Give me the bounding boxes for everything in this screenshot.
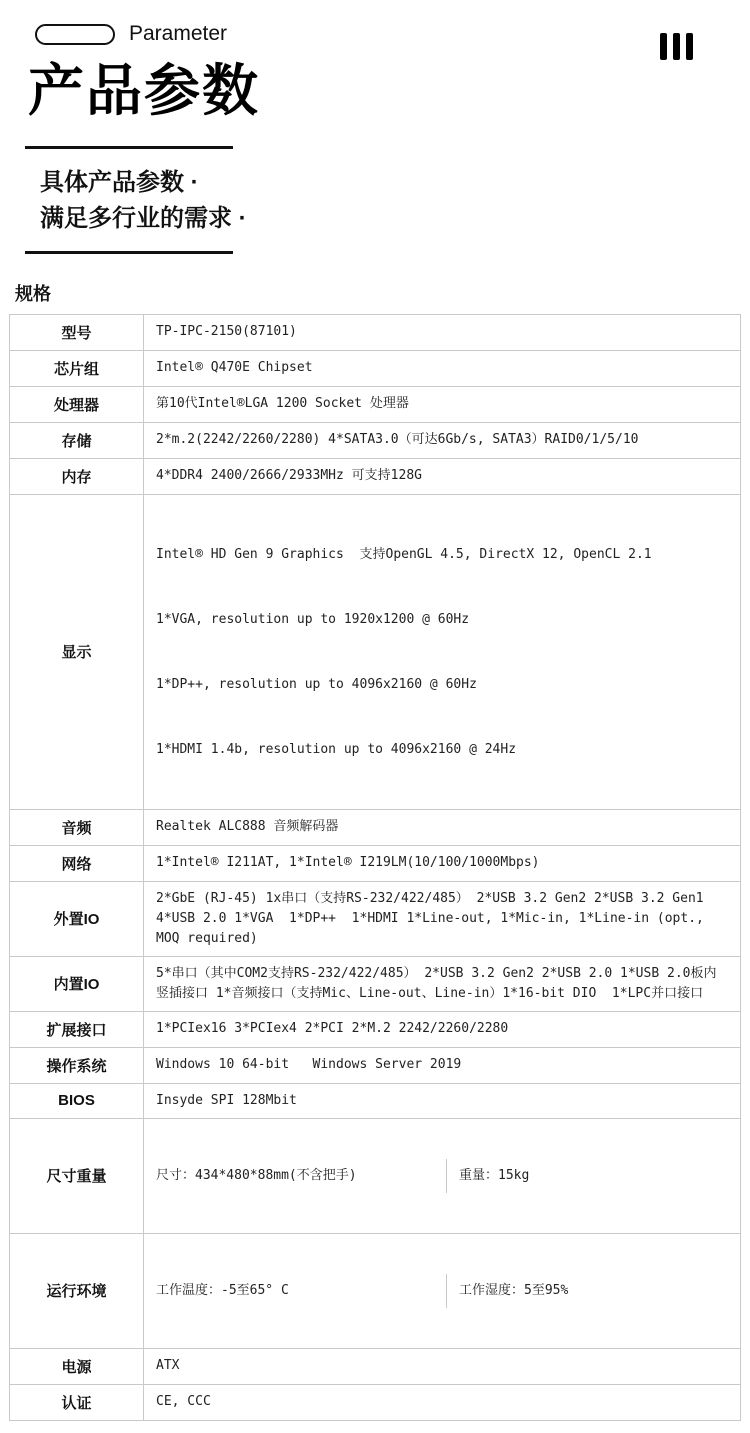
- parameter-tag-label: Parameter: [129, 22, 227, 46]
- row-value: 2*GbE (RJ-45) 1x串口（支持RS-232/422/485） 2*U…: [144, 881, 741, 956]
- row-value: 1*PCIex16 3*PCIex4 2*PCI 2*M.2 2242/2260…: [144, 1011, 741, 1047]
- row-label: BIOS: [10, 1083, 144, 1118]
- row-value-split: 工作温度：-5至65° C 工作湿度：5至95%: [144, 1233, 741, 1348]
- table-row: 存储 2*m.2(2242/2260/2280) 4*SATA3.0（可达6Gb…: [10, 422, 741, 458]
- row-label: 操作系统: [10, 1047, 144, 1083]
- spec-table: 型号 TP-IPC-2150(87101) 芯片组 Intel® Q470E C…: [9, 314, 741, 1421]
- row-value: 1*Intel® I211AT, 1*Intel® I219LM(10/100/…: [144, 845, 741, 881]
- product-parameter-page: Parameter 产品参数 具体产品参数 · 满足多行业的需求 · 规格 型号…: [0, 0, 750, 1421]
- row-label: 认证: [10, 1384, 144, 1420]
- row-value: 4*DDR4 2400/2666/2933MHz 可支持128G: [144, 458, 741, 494]
- row-value: CE, CCC: [144, 1384, 741, 1420]
- table-row: 尺寸重量 尺寸：434*480*88mm(不含把手) 重量：15kg: [10, 1118, 741, 1233]
- table-row: 外置IO 2*GbE (RJ-45) 1x串口（支持RS-232/422/485…: [10, 881, 741, 956]
- row-label: 运行环境: [10, 1233, 144, 1348]
- divider-line-top: [25, 146, 233, 149]
- table-row: 内置IO 5*串口（其中COM2支持RS-232/422/485） 2*USB …: [10, 956, 741, 1011]
- row-label: 存储: [10, 422, 144, 458]
- table-row: 处理器 第10代Intel®LGA 1200 Socket 处理器: [10, 386, 741, 422]
- row-value: 5*串口（其中COM2支持RS-232/422/485） 2*USB 3.2 G…: [144, 956, 741, 1011]
- row-label: 音频: [10, 809, 144, 845]
- row-value: ATX: [144, 1348, 741, 1384]
- row-value: Windows 10 64-bit Windows Server 2019: [144, 1047, 741, 1083]
- table-row: BIOS Insyde SPI 128Mbit: [10, 1083, 741, 1118]
- weight-value: 重量：15kg: [446, 1159, 740, 1193]
- page-title: 产品参数: [28, 60, 750, 122]
- display-spec-line: 1*DP++, resolution up to 4096x2160 @ 60H…: [156, 672, 728, 697]
- row-label: 显示: [10, 494, 144, 809]
- row-label: 内存: [10, 458, 144, 494]
- row-value: Intel® Q470E Chipset: [144, 350, 741, 386]
- subtitle: 具体产品参数 · 满足多行业的需求 ·: [40, 165, 750, 237]
- table-row: 电源 ATX: [10, 1348, 741, 1384]
- display-spec-line: 1*VGA, resolution up to 1920x1200 @ 60Hz: [156, 607, 728, 632]
- row-label: 电源: [10, 1348, 144, 1384]
- row-label: 网络: [10, 845, 144, 881]
- operating-humidity-value: 工作湿度：5至95%: [446, 1274, 740, 1308]
- row-value: 第10代Intel®LGA 1200 Socket 处理器: [144, 386, 741, 422]
- table-row: 运行环境 工作温度：-5至65° C 工作湿度：5至95%: [10, 1233, 741, 1348]
- table-row: 认证 CE, CCC: [10, 1384, 741, 1420]
- table-row: 型号 TP-IPC-2150(87101): [10, 314, 741, 350]
- row-value: TP-IPC-2150(87101): [144, 314, 741, 350]
- row-label: 型号: [10, 314, 144, 350]
- table-row: 芯片组 Intel® Q470E Chipset: [10, 350, 741, 386]
- header-tag-row: Parameter: [35, 22, 750, 46]
- table-row: 显示 Intel® HD Gen 9 Graphics 支持OpenGL 4.5…: [10, 494, 741, 809]
- dimension-value: 尺寸：434*480*88mm(不含把手): [144, 1159, 446, 1193]
- row-value-split: 尺寸：434*480*88mm(不含把手) 重量：15kg: [144, 1118, 741, 1233]
- row-label: 外置IO: [10, 881, 144, 956]
- pill-outline-icon: [35, 24, 115, 45]
- display-spec-line: 1*HDMI 1.4b, resolution up to 4096x2160 …: [156, 737, 728, 762]
- table-row: 内存 4*DDR4 2400/2666/2933MHz 可支持128G: [10, 458, 741, 494]
- row-label: 内置IO: [10, 956, 144, 1011]
- row-label: 尺寸重量: [10, 1118, 144, 1233]
- divider-line-bottom: [25, 251, 233, 254]
- specs-heading: 规格: [15, 280, 750, 306]
- operating-temperature-value: 工作温度：-5至65° C: [144, 1274, 446, 1308]
- table-row: 扩展接口 1*PCIex16 3*PCIex4 2*PCI 2*M.2 2242…: [10, 1011, 741, 1047]
- row-value: Realtek ALC888 音频解码器: [144, 809, 741, 845]
- row-label: 扩展接口: [10, 1011, 144, 1047]
- vertical-bars-icon: [660, 33, 693, 60]
- table-row: 音频 Realtek ALC888 音频解码器: [10, 809, 741, 845]
- row-value: Insyde SPI 128Mbit: [144, 1083, 741, 1118]
- row-value-multiline: Intel® HD Gen 9 Graphics 支持OpenGL 4.5, D…: [144, 494, 741, 809]
- row-label: 处理器: [10, 386, 144, 422]
- table-row: 网络 1*Intel® I211AT, 1*Intel® I219LM(10/1…: [10, 845, 741, 881]
- subtitle-line-2: 满足多行业的需求 ·: [40, 201, 750, 237]
- table-row: 操作系统 Windows 10 64-bit Windows Server 20…: [10, 1047, 741, 1083]
- subtitle-line-1: 具体产品参数 ·: [40, 165, 750, 201]
- row-label: 芯片组: [10, 350, 144, 386]
- display-spec-line: Intel® HD Gen 9 Graphics 支持OpenGL 4.5, D…: [156, 542, 728, 567]
- row-value: 2*m.2(2242/2260/2280) 4*SATA3.0（可达6Gb/s,…: [144, 422, 741, 458]
